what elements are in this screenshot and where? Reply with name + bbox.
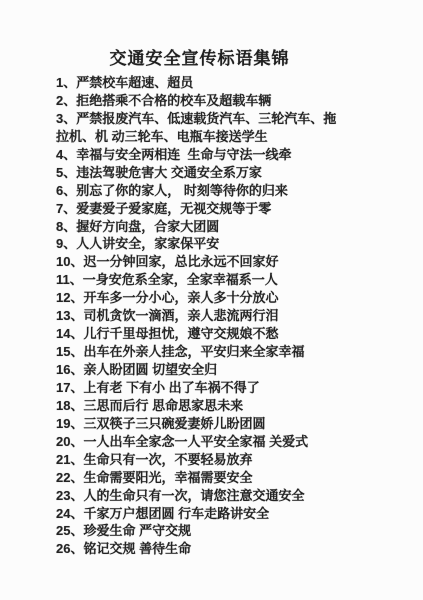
slogan-item-6: 6、别忘了你的家人， 时刻等待你的归来 — [56, 182, 405, 200]
slogan-item-11: 11、一身安危系全家，全家幸福系一人 — [56, 271, 405, 289]
slogan-item-19: 19、三双筷子三只碗爱妻娇儿盼团圆 — [56, 415, 405, 433]
document-page: 交通安全宣传标语集锦 1、严禁校车超速、超员2、拒绝搭乘不合格的校车及超载车辆3… — [0, 0, 423, 600]
slogan-item-15: 15、出车在外亲人挂念，平安归来全家幸福 — [56, 343, 405, 361]
slogan-item-22: 22、生命需要阳光，幸福需要安全 — [56, 469, 405, 487]
slogan-item-4: 4、幸福与安全两相连 生命与守法一线牵 — [56, 146, 405, 164]
slogan-list: 1、严禁校车超速、超员2、拒绝搭乘不合格的校车及超载车辆3、严禁报废汽车、低速载… — [56, 74, 405, 558]
slogan-item-26: 26、铭记交规 善待生命 — [56, 540, 405, 558]
slogan-item-17: 17、上有老 下有小 出了车祸不得了 — [56, 379, 405, 397]
slogan-item-8: 8、握好方向盘，合家大团圆 — [56, 218, 405, 236]
slogan-item-1: 1、严禁校车超速、超员 — [56, 74, 405, 92]
slogan-item-21: 21、生命只有一次，不要轻易放弃 — [56, 451, 405, 469]
slogan-item-10: 10、迟一分钟回家，总比永远不回家好 — [56, 253, 405, 271]
slogan-item-16: 16、亲人盼团圆 切望安全归 — [56, 361, 405, 379]
slogan-item-23: 23、人的生命只有一次，请您注意交通安全 — [56, 487, 405, 505]
slogan-item-14: 14、儿行千里母担忧，遵守交规娘不愁 — [56, 325, 405, 343]
slogan-item-7: 7、爱妻爱子爱家庭，无视交规等于零 — [56, 200, 405, 218]
slogan-item-25: 25、珍爱生命 严守交规 — [56, 522, 405, 540]
page-title: 交通安全宣传标语集锦 — [0, 44, 399, 69]
slogan-item-2: 2、拒绝搭乘不合格的校车及超载车辆 — [56, 92, 405, 110]
slogan-item-13: 13、司机贪饮一滴酒，亲人悲流两行泪 — [56, 307, 405, 325]
slogan-item-24: 24、千家万户想团圆 行车走路讲安全 — [56, 505, 405, 523]
slogan-item-18: 18、三思而后行 思命思家思未来 — [56, 397, 405, 415]
slogan-item-20: 20、一人出车全家念一人平安全家福 关爱式 — [56, 433, 405, 451]
slogan-item-9: 9、人人讲安全，家家保平安 — [56, 235, 405, 253]
slogan-item-5: 5、违法驾驶危害大 交通安全系万家 — [56, 164, 405, 182]
slogan-item-3: 3、严禁报废汽车、低速载货汽车、三轮汽车、拖 拉机、机 动三轮车、电瓶车接送学生 — [56, 110, 405, 146]
slogan-item-12: 12、开车多一分小心，亲人多十分放心 — [56, 289, 405, 307]
